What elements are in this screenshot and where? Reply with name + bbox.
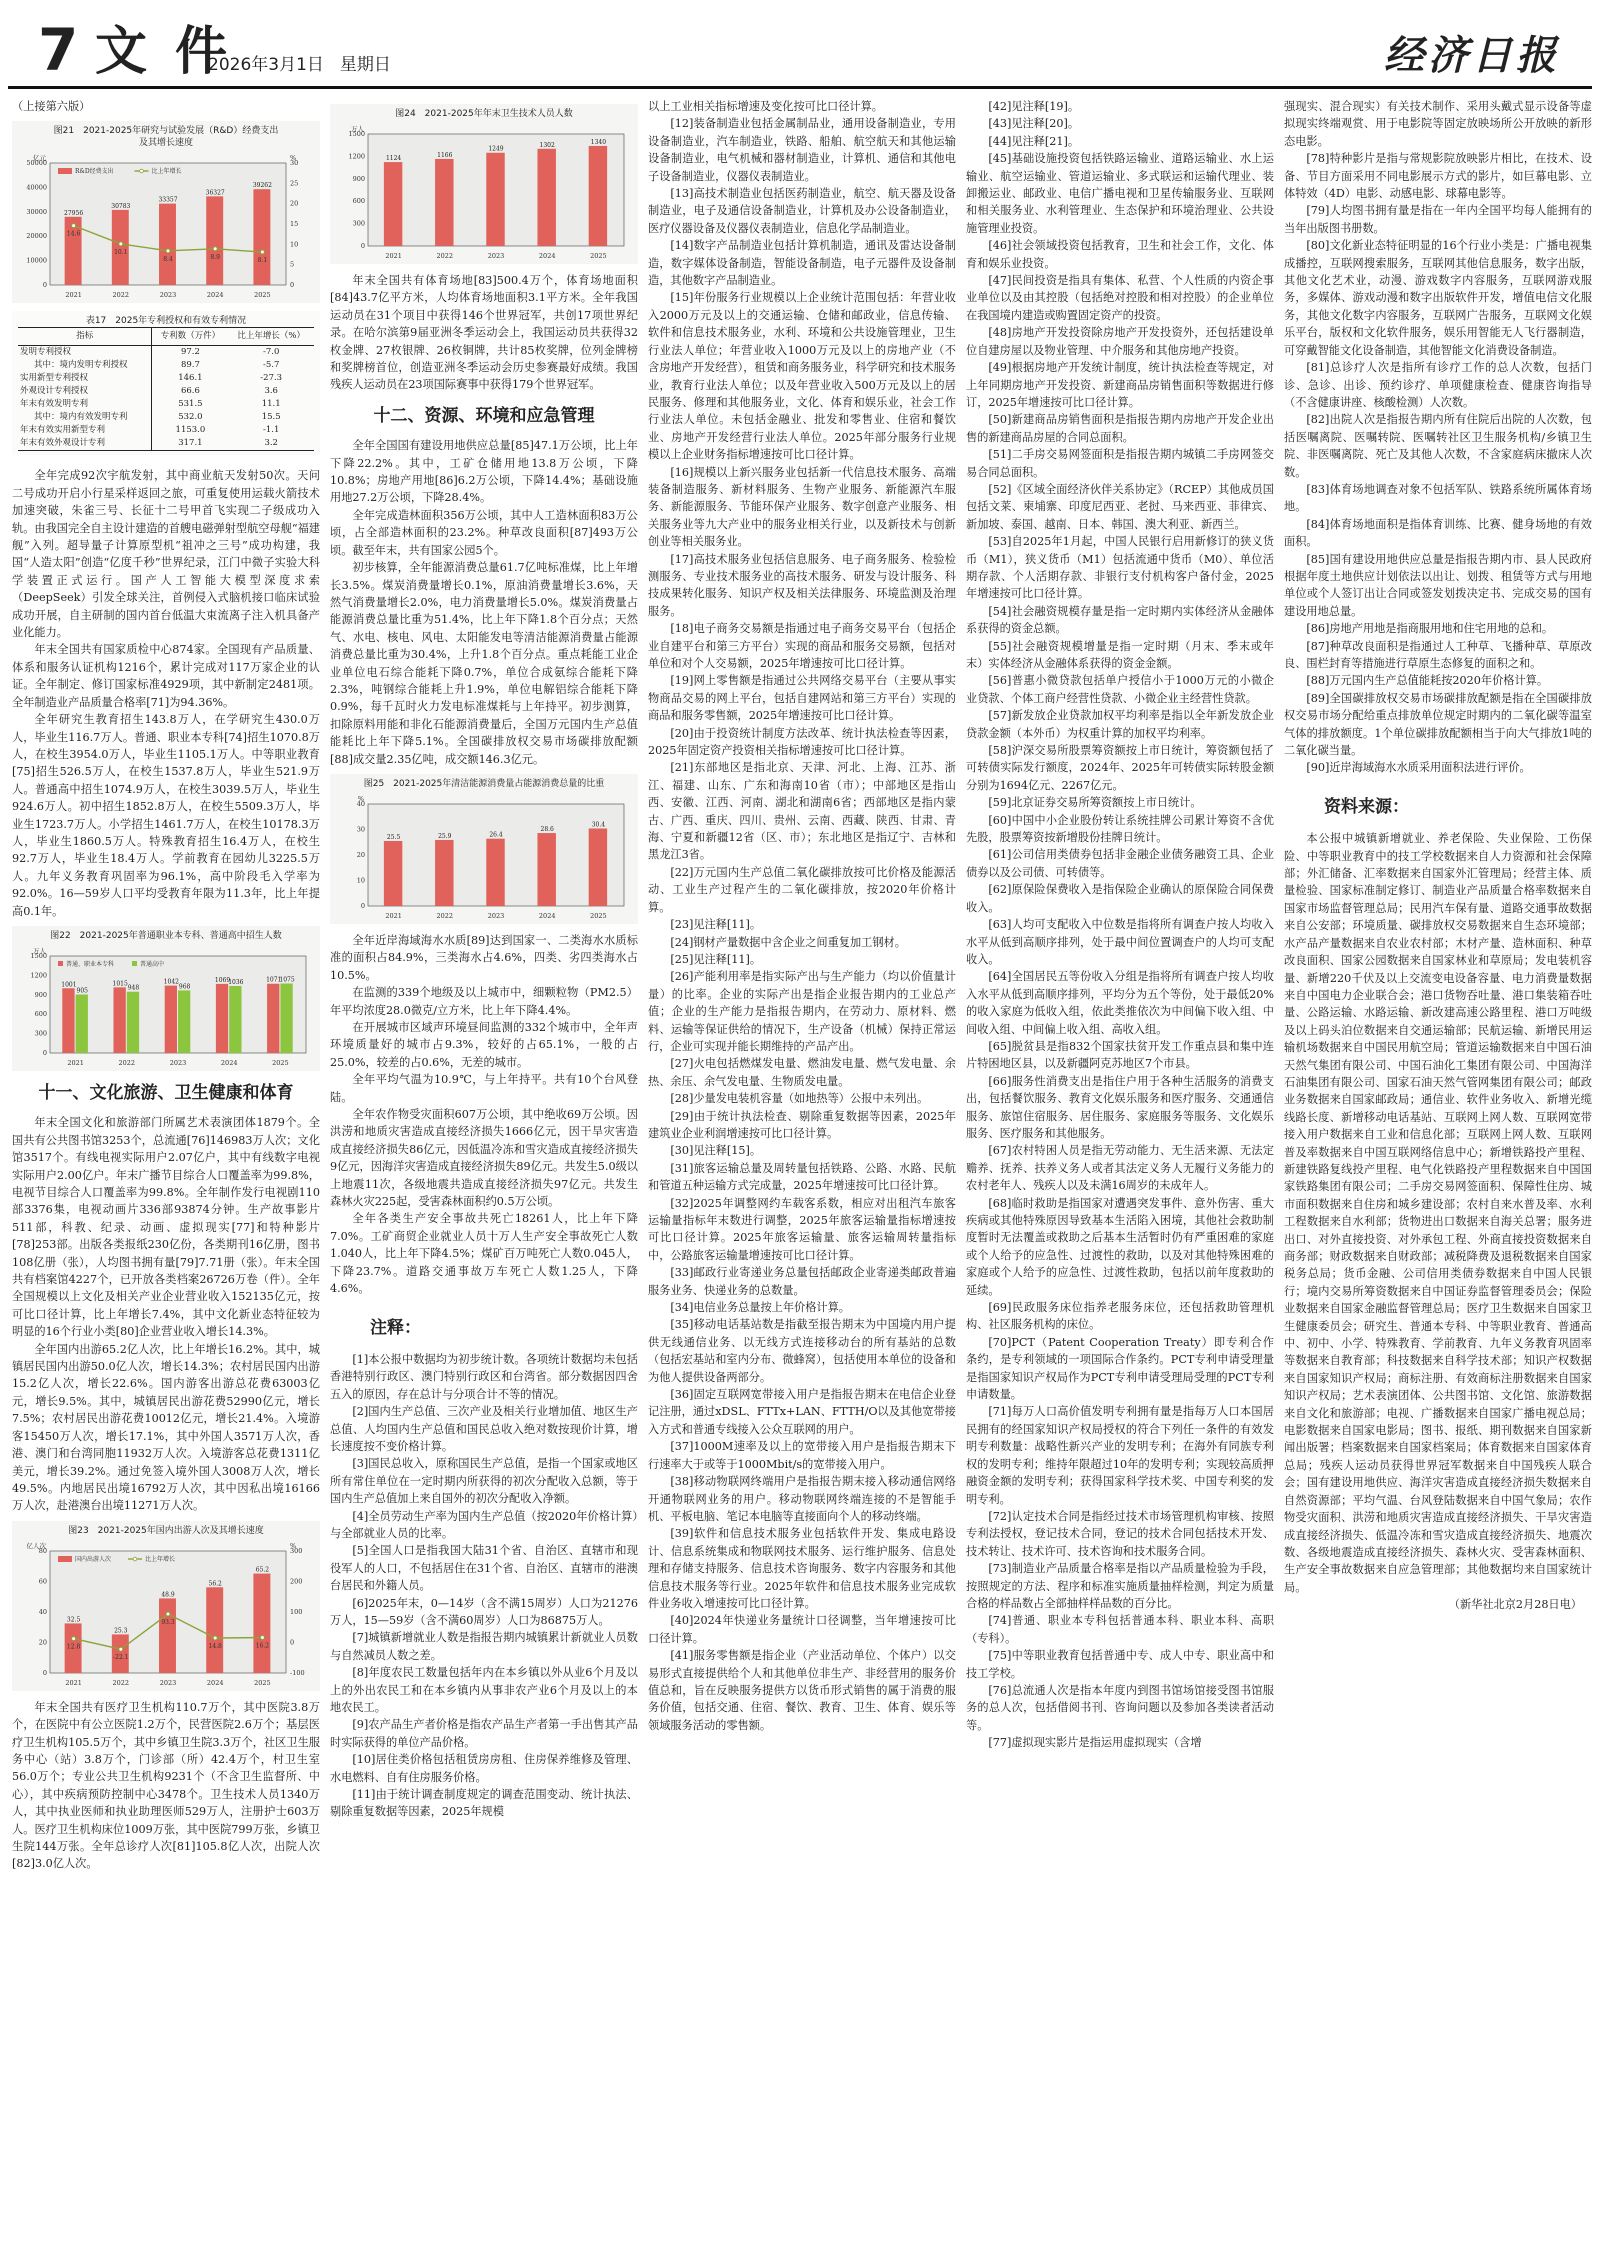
x-tick: 2023 [170, 1059, 187, 1067]
y-tick: 300 [353, 220, 365, 228]
note-continued: 强现实、混合现实）有关技术制作、采用头戴式显示设备等虚拟现实终端观赏、用于电影院… [1284, 98, 1592, 150]
figure-22: 图22 2021-2025年普通职业本专科、普通高中招生人数 万人0300600… [12, 926, 320, 1071]
note: [3]国民总收入，原称国民生产总值，是指一个国家或地区所有常住单位在一定时期内所… [330, 1455, 638, 1507]
table-row: 年末有效实用新型专利1153.0-1.1 [18, 424, 314, 437]
y2-tick: 20 [290, 200, 298, 208]
date-text: 2026年3月1日 [208, 55, 324, 75]
bar [216, 984, 228, 1053]
bar [267, 984, 279, 1053]
column-2: 图24 2021-2025年年末卫生技术人员人数 万人0300600900120… [330, 98, 638, 2258]
x-tick: 2021 [385, 912, 402, 920]
y-tick: 10000 [26, 257, 47, 265]
y2-tick: 200 [290, 1577, 302, 1585]
x-tick: 2024 [221, 1059, 238, 1067]
note: [36]固定互联网宽带接入用户是指报告期末在电信企业登记注册，通过xDSL、FT… [648, 1386, 956, 1438]
section-heading-11: 十一、文化旅游、卫生健康和体育 [12, 1085, 320, 1102]
line-label: 16.2 [256, 1642, 270, 1649]
continued-label: （上接第六版） [12, 98, 320, 115]
y2-tick: -100 [290, 1669, 305, 1677]
note: [78]特种影片是指与常规影院放映影片相比，在技术、设备、节目方面采用不同电影展… [1284, 150, 1592, 202]
x-tick: 2024 [207, 291, 224, 299]
line-label: 10.1 [114, 249, 127, 256]
figure-title: 图24 2021-2025年年末卫生技术人员人数 [334, 108, 634, 120]
line-label: 8.1 [258, 257, 268, 264]
x-tick: 2023 [488, 912, 505, 920]
growth-rate: 11.1 [228, 398, 314, 411]
line-point [213, 247, 217, 251]
line-point [166, 249, 170, 253]
note: [74]普通、职业本专科包括普通本科、职业本科、高职（专科）。 [966, 1612, 1274, 1647]
table-row: 实用新型专利授权146.1-27.3 [18, 372, 314, 385]
table-row: 其中：境内发明专利授权89.7-5.7 [18, 359, 314, 372]
line-label: 93.3 [161, 1619, 175, 1626]
note: [14]数字产品制造业包括计算机制造，通讯及雷达设备制造，数字媒体设备制造，智能… [648, 237, 956, 289]
note: [40]2024年快递业务量统计口径调整，当年增速按可比口径计算。 [648, 1612, 956, 1647]
x-tick: 2021 [67, 1059, 84, 1067]
row-label: 年末有效发明专利 [18, 398, 152, 411]
note: [46]社会领域投资包括教育，卫生和社会工作，文化、体育和娱乐业投资。 [966, 237, 1274, 272]
bar-label: 25.3 [114, 1627, 128, 1634]
bar [62, 988, 74, 1053]
chart-fig21: 亿元01000020000300004000050000%05101520253… [16, 151, 316, 301]
bar-label: 1075 [279, 976, 294, 983]
note: [13]高技术制造业包括医药制造业，航空、航天器及设备制造业，电子及通信设备制造… [648, 185, 956, 237]
patent-count: 89.7 [152, 359, 229, 372]
bar [76, 994, 88, 1053]
note: [73]制造业产品质量合格率是指以产品质量检验为手段，按照规定的方法、程序和标准… [966, 1560, 1274, 1612]
note: [54]社会融资规模存量是指一定时期内实体经济从金融体系获得的资金总额。 [966, 603, 1274, 638]
note: [43]见注释[20]。 [966, 115, 1274, 132]
y-tick: 30 [357, 825, 365, 833]
x-tick: 2022 [437, 912, 454, 920]
y2-tick: 0 [290, 281, 294, 289]
table-row: 年末有效外观设计专利317.13.2 [18, 437, 314, 451]
line-label: 8.9 [210, 254, 220, 261]
row-label: 年末有效外观设计专利 [18, 437, 152, 451]
y-tick: 20000 [26, 233, 47, 241]
bar-label: 65.2 [256, 1566, 270, 1573]
y-tick: 0 [361, 902, 365, 910]
note: [24]钢材产量数据中含企业之间重复加工钢材。 [648, 934, 956, 951]
issue-date: 2026年3月1日星期日 [208, 50, 391, 75]
y-tick: 1200 [348, 152, 365, 160]
y2-tick: 0 [290, 1638, 294, 1646]
x-tick: 2025 [590, 252, 607, 260]
note: [63]人均可支配收入中位数是指将所有调查户按人均收入水平从低到高顺序排列，处于… [966, 916, 1274, 968]
figure-title: 图23 2021-2025年国内出游人次及其增长速度 [16, 1525, 316, 1537]
note: [32]2025年调整网约车载客系数，相应对出租汽车旅客运输量指标年末数进行调整… [648, 1195, 956, 1265]
note: [18]电子商务交易额是指通过电子商务交易平台（包括企业自建平台和第三方平台）实… [648, 620, 956, 672]
x-tick: 2024 [539, 252, 556, 260]
bar [435, 840, 453, 906]
bar-label: 27956 [64, 210, 83, 217]
legend-label: 普通高中 [140, 960, 164, 968]
x-tick: 2025 [254, 1679, 271, 1687]
y2-tick: 100 [290, 1608, 302, 1616]
paragraph: 全年研究生教育招生143.8万人，在学研究生430.0万人，毕业生116.7万人… [12, 711, 320, 920]
note: [7]城镇新增就业人数是指报告期内城镇累计新就业人员数与自然减员人数之差。 [330, 1629, 638, 1664]
note: [51]二手房交易网签面积是指报告期内城镇二手房网签交易合同总面积。 [966, 446, 1274, 481]
x-tick: 2021 [65, 291, 82, 299]
bar-label: 30.4 [592, 821, 606, 828]
y-tick: 40 [357, 800, 365, 808]
x-tick: 2022 [113, 1679, 130, 1687]
bar-label: 1036 [228, 979, 243, 986]
y-tick: 30000 [26, 208, 47, 216]
note: [48]房地产开发投资除房地产开发投资外，还包括建设单位自建房屋以及物业管理、中… [966, 324, 1274, 359]
paragraph: 年末全国共有医疗卫生机构110.7万个，其中医院3.8万个，在医院中有公立医院1… [12, 1699, 320, 1873]
bar-label: 30783 [111, 203, 130, 210]
notes-heading: 注释： [370, 1320, 638, 1337]
figure-title: 图21 2021-2025年研究与试验发展（R&D）经费支出及其增长速度 [16, 125, 316, 149]
legend-swatch [58, 1556, 72, 1562]
note: [38]移动物联网终端用户是指报告期末接入移动通信网络开通物联网业务的用户。移动… [648, 1473, 956, 1525]
bar [537, 833, 555, 906]
paragraph: 全年全国国有建设用地供应总量[85]47.1万公顷，比上年下降22.2%。其中，… [330, 437, 638, 507]
bar [206, 197, 223, 286]
line-label: 14.6 [67, 231, 81, 238]
note: [2]国内生产总值、三次产业及相关行业增加值、地区生产总值、人均国内生产总值和国… [330, 1403, 638, 1455]
note: [87]种草改良面积是指通过人工种草、飞播种草、草原改良、围栏封育等措施进行草原… [1284, 638, 1592, 673]
chart-fig24: 万人03006009001200150020211124202211662023… [334, 122, 634, 262]
line-point [119, 242, 123, 246]
bar-label: 968 [179, 983, 191, 990]
bar-label: 32.5 [67, 1616, 81, 1623]
article-columns: （上接第六版） 图21 2021-2025年研究与试验发展（R&D）经费支出及其… [12, 98, 1592, 2258]
note: [10]居住类价格包括租赁房房租、住房保养维修及管理、水电燃料、自有住房服务价格… [330, 1751, 638, 1786]
note: [76]总流通人次是指本年度内到图书馆场馆接受图书馆服务的总人次，包括借阅书刊、… [966, 1682, 1274, 1734]
bar [253, 190, 270, 286]
note: [17]高技术服务业包括信息服务、电子商务服务、检验检测服务、专业技术服务业的高… [648, 551, 956, 621]
note: [19]网上零售额是指通过公共网络交易平台（主要从事实物商品交易的网上平台，包括… [648, 672, 956, 724]
paragraph: 全年各类生产安全事故共死亡18261人，比上年下降7.0%。工矿商贸企业就业人员… [330, 1210, 638, 1297]
note: [82]出院人次是指报告期内所有住院后出院的人次数，包括医嘱离院、医嘱转院、医嘱… [1284, 411, 1592, 481]
x-tick: 2022 [437, 252, 454, 260]
line-label: 12.8 [67, 1643, 81, 1650]
legend-swatch [58, 961, 63, 966]
note: [53]自2025年1月起，中国人民银行启用新修订的狭义货币（M1），狭义货币（… [966, 533, 1274, 603]
header-rule [8, 86, 1592, 89]
line-point [119, 1647, 123, 1651]
note: [11]由于统计调查制度规定的调查范围变动、统计执法、剔除重复数据等因素，202… [330, 1786, 638, 1821]
patent-count: 531.5 [152, 398, 229, 411]
bar-label: 33357 [158, 197, 177, 204]
weekday-text: 星期日 [340, 55, 391, 75]
note: [86]房地产用地是指商服用地和住宅用地的总和。 [1284, 620, 1592, 637]
patent-count: 146.1 [152, 372, 229, 385]
note: [61]公司信用类债券包括非金融企业债务融资工具、企业债券以及公司债、可转债等。 [966, 846, 1274, 881]
paragraph: 全年完成92次宇航发射，其中商业航天发射50次。天问二号成功开启小行星采样返回之… [12, 467, 320, 641]
y-tick: 0 [43, 281, 47, 289]
bar [112, 210, 129, 285]
bar-label: 39262 [253, 183, 272, 190]
x-tick: 2021 [65, 1679, 82, 1687]
table-title: 表17 2025年专利授权和有效专利情况 [18, 315, 314, 327]
note: [20]由于投资统计制度方法改革、统计执法检查等因素，2025年固定资产投资相关… [648, 725, 956, 760]
bar [280, 983, 292, 1053]
y-tick: 10 [357, 876, 365, 884]
note: [56]普惠小微贷款包括单户授信小于1000万元的小微企业贷款、个体工商户经营性… [966, 672, 1274, 707]
note: [9]农产品生产者价格是指农产品生产者第一手出售其产品时实际获得的单位产品价格。 [330, 1716, 638, 1751]
column-3: 以上工业相关指标增速及变化按可比口径计算。 [12]装备制造业包括金属制品业，通… [648, 98, 956, 2258]
bar-label: 25.9 [438, 833, 452, 840]
paragraph: 初步核算，全年能源消费总量61.7亿吨标准煤，比上年增长3.5%。煤炭消费量增长… [330, 559, 638, 768]
paragraph: 全年平均气温为10.9℃，与上年持平。共有10个台风登陆。 [330, 1071, 638, 1106]
y-tick: 40000 [26, 184, 47, 192]
legend-swatch [58, 168, 72, 174]
sources-heading: 资料来源： [1324, 799, 1592, 816]
table-row: 年末有效发明专利531.511.1 [18, 398, 314, 411]
y-tick: 60 [39, 1577, 47, 1585]
note: [42]见注释[19]。 [966, 98, 1274, 115]
bar [165, 986, 177, 1053]
paragraph: 全年近岸海域海水水质[89]达到国家一、二类海水水质标准的面积占84.9%，三类… [330, 932, 638, 984]
paragraph: 年末全国文化和旅游部门所属艺术表演团体1879个。全国共有公共图书馆3253个，… [12, 1114, 320, 1340]
bar [537, 149, 555, 246]
paragraph: 在监测的339个地级及以上城市中，细颗粒物（PM2.5）年平均浓度28.0微克/… [330, 984, 638, 1019]
growth-rate: -1.1 [228, 424, 314, 437]
note: [72]认定技术合同是指经过技术市场管理机构审核、按照专利法授权，登记技术合同，… [966, 1508, 1274, 1560]
paragraph: 年末全国共有国家质检中心874家。全国现有产品质量、体系和服务认证机构1216个… [12, 641, 320, 711]
legend-label: R&D经费支出 [75, 167, 114, 175]
bar [206, 1587, 223, 1673]
bar-label: 36327 [206, 190, 225, 197]
figure-23: 图23 2021-2025年国内出游人次及其增长速度 亿人次020406080%… [12, 1521, 320, 1691]
note: [30]见注释[15]。 [648, 1142, 956, 1159]
note: [41]服务零售额是指企业（产业活动单位、个体户）以交易形式直接提供给个人和其他… [648, 1647, 956, 1734]
x-tick: 2025 [272, 1059, 289, 1067]
y2-tick: 10 [290, 241, 298, 249]
x-tick: 2022 [119, 1059, 136, 1067]
line-point [260, 1635, 264, 1639]
bar-label: 1166 [437, 152, 452, 159]
y-tick: 900 [35, 991, 47, 999]
note: [69]民政服务床位指养老服务床位，还包括救助管理机构、社区服务机构的床位。 [966, 1299, 1274, 1334]
line-label: 14.8 [209, 1643, 223, 1650]
line-point [260, 250, 264, 254]
figure-title: 图25 2021-2025年清洁能源消费量占能源消费总量的比重 [334, 778, 634, 790]
y-tick: 1500 [348, 130, 365, 138]
legend-swatch [132, 961, 137, 966]
bar [589, 828, 607, 906]
y2-tick: 5 [290, 261, 294, 269]
table-row: 其中：境内有效发明专利532.015.5 [18, 411, 314, 424]
x-tick: 2024 [539, 912, 556, 920]
bar [435, 159, 453, 246]
dateline-signature: （新华社北京2月28日电） [1284, 1596, 1592, 1613]
note: [52]《区域全面经济伙伴关系协定》（RCEP）其他成员国包括文莱、柬埔寨、印度… [966, 481, 1274, 533]
column-4: [42]见注释[19]。 [43]见注释[20]。 [44]见注释[21]。 [… [966, 98, 1274, 2258]
table-17: 表17 2025年专利授权和有效专利情况 指标 专利数（万件） 比上年增长（%）… [12, 311, 320, 455]
note: [45]基础设施投资包括铁路运输业、道路运输业、水上运输业、航空运输业、管道运输… [966, 150, 1274, 237]
x-tick: 2023 [160, 1679, 177, 1687]
note: [84]体育场地面积是指体育训练、比赛、健身场地的有效面积。 [1284, 516, 1592, 551]
legend-label: 比上年增长 [152, 167, 182, 175]
y-tick: 50000 [26, 159, 47, 167]
bar-label: 1124 [386, 155, 401, 162]
bar [253, 1573, 270, 1672]
note: [47]民间投资是指具有集体、私营、个人性质的内资企事业单位以及由其控股（包括绝… [966, 272, 1274, 324]
bar [384, 162, 402, 246]
note: [25]见注释[11]。 [648, 951, 956, 968]
bar [113, 987, 125, 1053]
line-point [213, 1636, 217, 1640]
note: [59]北京证券交易所筹资额按上市日统计。 [966, 794, 1274, 811]
y-tick: 600 [35, 1010, 47, 1018]
growth-rate: 3.2 [228, 437, 314, 451]
note: [26]产能利用率是指实际产出与生产能力（均以价值量计量）的比率。企业的实际产出… [648, 968, 956, 1055]
bar [159, 204, 176, 285]
y-tick: 20 [357, 851, 365, 859]
patent-table: 指标 专利数（万件） 比上年增长（%） 发明专利授权97.2-7.0其中：境内发… [18, 327, 314, 451]
bar [589, 146, 607, 246]
note: [88]万元国内生产总值能耗按2020年价格计算。 [1284, 672, 1592, 689]
note: [37]1000M速率及以上的宽带接入用户是指报告期末下行速率大于或等于1000… [648, 1438, 956, 1473]
y2-tick: 30 [290, 159, 298, 167]
note: [5]全国人口是指我国大陆31个省、自治区、直辖市和现役军人的人口，不包括居住在… [330, 1542, 638, 1594]
bar-label: 1015 [113, 980, 128, 987]
x-tick: 2021 [385, 252, 402, 260]
y-tick: 900 [353, 175, 365, 183]
bar [178, 990, 190, 1053]
note: [23]见注释[11]。 [648, 916, 956, 933]
note: [44]见注释[21]。 [966, 133, 1274, 150]
legend-label: 国内出游人次 [75, 1555, 111, 1563]
growth-rate: 15.5 [228, 411, 314, 424]
bar-label: 26.4 [489, 832, 503, 839]
row-label: 年末有效实用新型专利 [18, 424, 152, 437]
table-row: 外观设计专利授权66.63.6 [18, 385, 314, 398]
bar-label: 28.6 [541, 826, 555, 833]
note: [33]邮政行业寄递业务总量包括邮政企业寄递类邮政普遍服务业务、快递业务的总数量… [648, 1264, 956, 1299]
column-5: 强现实、混合现实）有关技术制作、采用头戴式显示设备等虚拟现实终端观赏、用于电影院… [1284, 98, 1592, 2258]
note: [35]移动电话基站数是指截至报告期末为中国境内用户提供无线通信业务、以无线方式… [648, 1316, 956, 1386]
note: [8]年度农民工数量包括年内在本乡镇以外从业6个月及以上的外出农民工和在本乡镇内… [330, 1664, 638, 1716]
note: [81]总诊疗人次是指所有诊疗工作的总人次数，包括门诊、急诊、出诊、预约诊疗、单… [1284, 359, 1592, 411]
row-label: 外观设计专利授权 [18, 385, 152, 398]
y-tick: 1200 [30, 971, 47, 979]
patent-count: 532.0 [152, 411, 229, 424]
sources-paragraph: 本公报中城镇新增就业、养老保险、失业保险、工伤保险、中等职业教育中的技工学校数据… [1284, 830, 1592, 1596]
note: [62]原保险保费收入是指保险企业确认的原保险合同保费收入。 [966, 881, 1274, 916]
table-header: 专利数（万件） [152, 328, 229, 346]
bar [159, 1598, 176, 1673]
note: [67]农村特困人员是指无劳动能力、无生活来源、无法定赡养、抚养、扶养义务人或者… [966, 1142, 1274, 1194]
patent-count: 97.2 [152, 346, 229, 360]
y-tick: 0 [361, 242, 365, 250]
paragraph: 在开展城市区域声环境昼间监测的332个城市中，全年声环境质量好的城市占9.3%，… [330, 1019, 638, 1071]
note: [57]新发放企业贷款加权平均利率是指以全年新发放企业贷款金额（本外币）为权重计… [966, 707, 1274, 742]
note: [66]服务性消费支出是指住户用于各种生活服务的消费支出，包括餐饮服务、教育文化… [966, 1073, 1274, 1143]
newspaper-logo: 经济日报 [1384, 24, 1560, 81]
bar-label: 1340 [591, 139, 606, 146]
y-tick: 0 [43, 1669, 47, 1677]
note: [77]虚拟现实影片是指运用虚拟现实（含增 [966, 1734, 1274, 1751]
paragraph: 全年国内出游65.2亿人次，比上年增长16.2%。其中，城镇居民国内出游50.0… [12, 1341, 320, 1515]
y2-tick: 15 [290, 220, 298, 228]
x-tick: 2025 [590, 912, 607, 920]
bar-label: 948 [128, 985, 140, 992]
note: [21]东部地区是指北京、天津、河北、上海、江苏、浙江、福建、山东、广东和海南1… [648, 759, 956, 863]
growth-rate: -7.0 [228, 346, 314, 360]
chart-fig23: 亿人次020406080%-1000100200300202132.520222… [16, 1539, 316, 1689]
legend-label: 比上年增长 [145, 1555, 175, 1563]
note: [31]旅客运输总量及周转量包括铁路、公路、水路、民航和管道五种运输方式完成量，… [648, 1160, 956, 1195]
y-tick: 0 [43, 1049, 47, 1057]
line-point [166, 1612, 170, 1616]
section-heading-12: 十二、资源、环境和应急管理 [330, 408, 638, 425]
page-number: 7 [38, 18, 78, 82]
note: [34]电信业务总量按上年价格计算。 [648, 1299, 956, 1316]
chart-fig22: 万人03006009001200150020211001905202210159… [16, 944, 316, 1069]
line-point [72, 224, 76, 228]
growth-rate: -27.3 [228, 372, 314, 385]
bar [486, 839, 504, 906]
x-tick: 2022 [113, 291, 130, 299]
bar-label: 1042 [164, 979, 179, 986]
note: [71]每万人口高价值发明专利拥有量是指每万人口本国居民拥有的经国家知识产权局授… [966, 1403, 1274, 1507]
y2-tick: 25 [290, 180, 298, 188]
note: [55]社会融资规模增量是指一定时期（月末、季末或年末）实体经济从金融体系获得的… [966, 638, 1274, 673]
bar-label: 1249 [488, 146, 503, 153]
note: [16]规模以上新兴服务业包括新一代信息技术服务、高端装备制造服务、新材料服务、… [648, 464, 956, 551]
paragraph: 全年完成造林面积356万公顷，其中人工造林面积83万公顷，占全部造林面积的23.… [330, 507, 638, 559]
figure-24: 图24 2021-2025年年末卫生技术人员人数 万人0300600900120… [330, 104, 638, 264]
y-tick: 1500 [30, 952, 47, 960]
note: [68]临时救助是指国家对遭遇突发事件、意外伤害、重大疾病或其他特殊原因导致基本… [966, 1195, 1274, 1299]
bar [229, 986, 241, 1053]
column-1: （上接第六版） 图21 2021-2025年研究与试验发展（R&D）经费支出及其… [12, 98, 320, 2258]
chart-fig25: %010203040202125.5202225.9202326.4202428… [334, 792, 634, 922]
note: [1]本公报中数据均为初步统计数。各项统计数据均未包括香港特别行政区、澳门特别行… [330, 1351, 638, 1403]
row-label: 发明专利授权 [18, 346, 152, 360]
row-label: 实用新型专利授权 [18, 372, 152, 385]
x-tick: 2025 [254, 291, 271, 299]
table-header: 比上年增长（%） [228, 328, 314, 346]
row-label: 其中：境内发明专利授权 [18, 359, 152, 372]
line-point [72, 1636, 76, 1640]
note: [4]全员劳动生产率为国内生产总值（按2020年价格计算）与全部就业人员的比率。 [330, 1508, 638, 1543]
note: [12]装备制造业包括金属制品业，通用设备制造业，专用设备制造业，汽车制造业，铁… [648, 115, 956, 185]
note: [15]年份服务行业规模以上企业统计范围包括：年营业收入2000万元及以上的交通… [648, 289, 956, 463]
bar-label: 25.5 [387, 834, 401, 841]
note: [64]全国居民五等份收入分组是指将所有调查户按人均收入水平从低到高顺序排列，平… [966, 968, 1274, 1038]
growth-rate: -5.7 [228, 359, 314, 372]
bar-label: 1001 [61, 981, 76, 988]
note: [22]万元国内生产总值二氧化碳排放按可比价格及能源活动、工业生产过程产生的二氧… [648, 864, 956, 916]
y-tick: 80 [39, 1547, 47, 1555]
note: [79]人均图书拥有量是指在一年内全国平均每人能拥有的当年出版图书册数。 [1284, 202, 1592, 237]
table-header: 指标 [18, 328, 152, 346]
note: [65]脱贫县是指832个国家扶贫开发工作重点县和集中连片特困地区县，以及新疆阿… [966, 1038, 1274, 1073]
x-tick: 2023 [488, 252, 505, 260]
note: [90]近岸海域海水水质采用面积法进行评价。 [1284, 759, 1592, 776]
note: [50]新建商品房销售面积是指报告期内房地产开发企业出售的新建商品房屋的合同总面… [966, 411, 1274, 446]
bar [127, 992, 139, 1053]
note: [89]全国碳排放权交易市场碳排放配额是指在全国碳排放权交易市场分配给重点排放单… [1284, 690, 1592, 760]
patent-count: 66.6 [152, 385, 229, 398]
row-label: 其中：境内有效发明专利 [18, 411, 152, 424]
note: [28]少量发电装机容量（如地热等）公报中未列出。 [648, 1090, 956, 1107]
y-tick: 300 [35, 1030, 47, 1038]
note: [39]软件和信息技术服务业包括软件开发、集成电路设计、信息系统集成和物联网技术… [648, 1525, 956, 1612]
note: [49]根据房地产开发统计制度，统计执法检查等规定，对上年同期房地产开发投资、新… [966, 359, 1274, 411]
patent-count: 1153.0 [152, 424, 229, 437]
note: [60]中国中小企业股份转让系统挂牌公司累计筹资不含优先股，股票筹资按新增股份挂… [966, 812, 1274, 847]
note: [6]2025年末，0—14岁（含不满15周岁）人口为21276万人，15—59… [330, 1595, 638, 1630]
x-tick: 2023 [160, 291, 177, 299]
y-tick: 600 [353, 197, 365, 205]
